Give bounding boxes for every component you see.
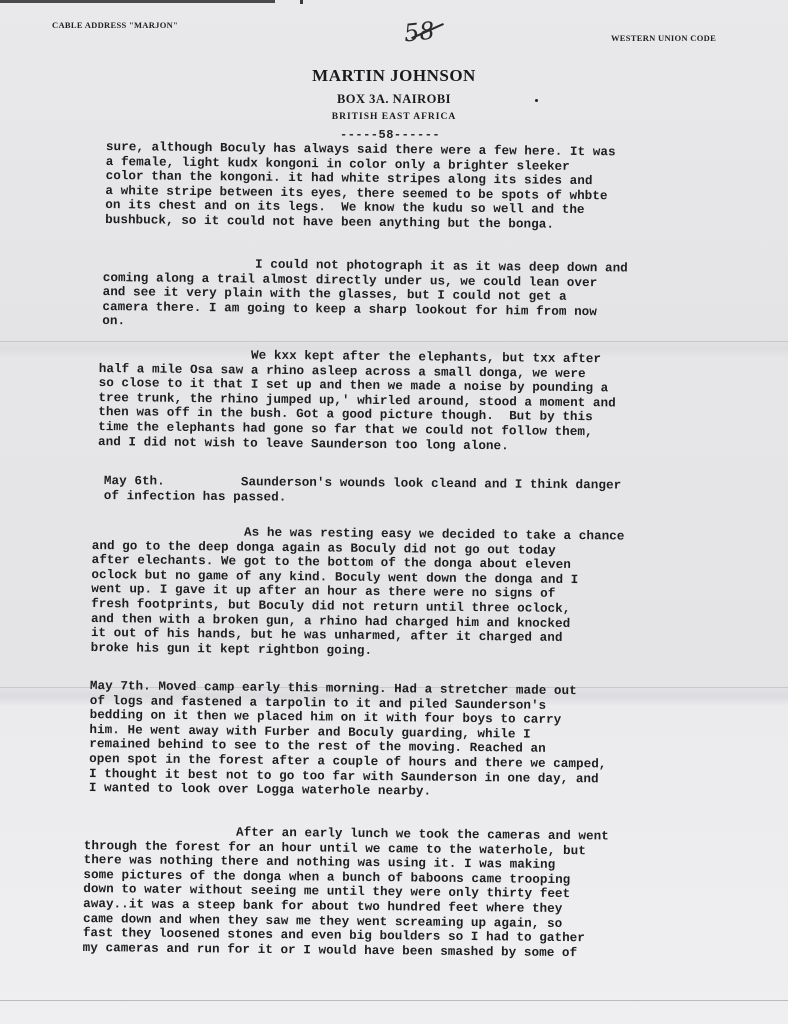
paper-fold-line [0, 341, 788, 342]
ink-dot [535, 99, 538, 102]
document-page: CABLE ADDRESS "MARJON" 58 WESTERN UNION … [0, 0, 788, 1024]
paragraph: After an early lunch we took the cameras… [83, 824, 724, 962]
paragraph: sure, although Boculy has always said th… [105, 140, 746, 234]
letterhead-address: BOX 3A. NAIROBI [0, 92, 788, 107]
paragraph-entry-may-6: May 6th. Saunderson's wounds look cleand… [104, 474, 744, 509]
paragraph: I could not photograph it as it was deep… [102, 256, 743, 336]
letterhead-region: BRITISH EAST AFRICA [0, 112, 788, 122]
telegraph-code: WESTERN UNION CODE [611, 33, 716, 43]
paragraph-entry-may-7: May 7th. Moved camp early this morning. … [89, 679, 730, 802]
cable-address: CABLE ADDRESS "MARJON" [52, 20, 178, 30]
paper-fold-line [0, 1000, 788, 1001]
scan-edge-mark [300, 0, 303, 4]
paragraph: We kxx kept after the elephants, but txx… [98, 347, 739, 456]
handwritten-page-number: 58 [403, 16, 436, 47]
letterhead-name: MARTIN JOHNSON [0, 66, 788, 86]
typed-page-marker: -----58------ [340, 128, 440, 142]
paragraph: As he was resting easy we decided to tak… [91, 524, 732, 662]
scan-edge-bar [0, 0, 275, 3]
